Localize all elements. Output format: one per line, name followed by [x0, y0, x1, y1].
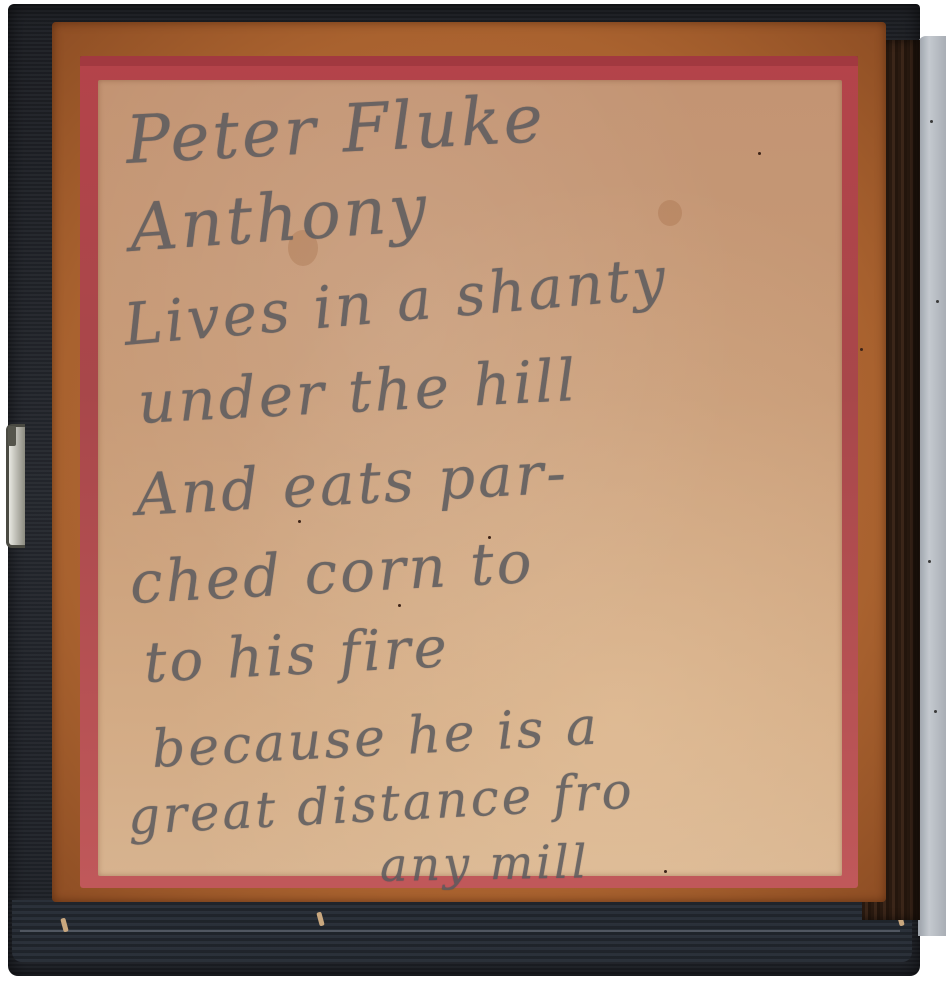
clasp-hook	[8, 426, 16, 446]
case-bottom-edge	[20, 930, 900, 932]
metal-hinge	[918, 36, 946, 936]
hinge-speck	[928, 560, 931, 563]
note-line: any mill	[380, 838, 590, 888]
handwritten-note: Peter Fluke Anthony Lives in a shanty un…	[116, 96, 826, 886]
note-line: because he is a	[151, 701, 601, 776]
hinge-speck	[930, 120, 933, 123]
note-line: Peter Fluke	[124, 86, 547, 174]
note-line: Anthony	[128, 175, 432, 262]
hinge-speck	[936, 300, 939, 303]
note-line: to his fire	[143, 620, 452, 692]
note-line: ched corn to	[128, 533, 535, 612]
red-border-top-stripe	[80, 56, 858, 66]
note-line: And eats par-	[134, 443, 570, 524]
note-line: Lives in a shanty	[121, 249, 670, 354]
paper-speck	[860, 348, 863, 351]
hinge-speck	[934, 710, 937, 713]
note-line: under the hill	[136, 351, 579, 432]
